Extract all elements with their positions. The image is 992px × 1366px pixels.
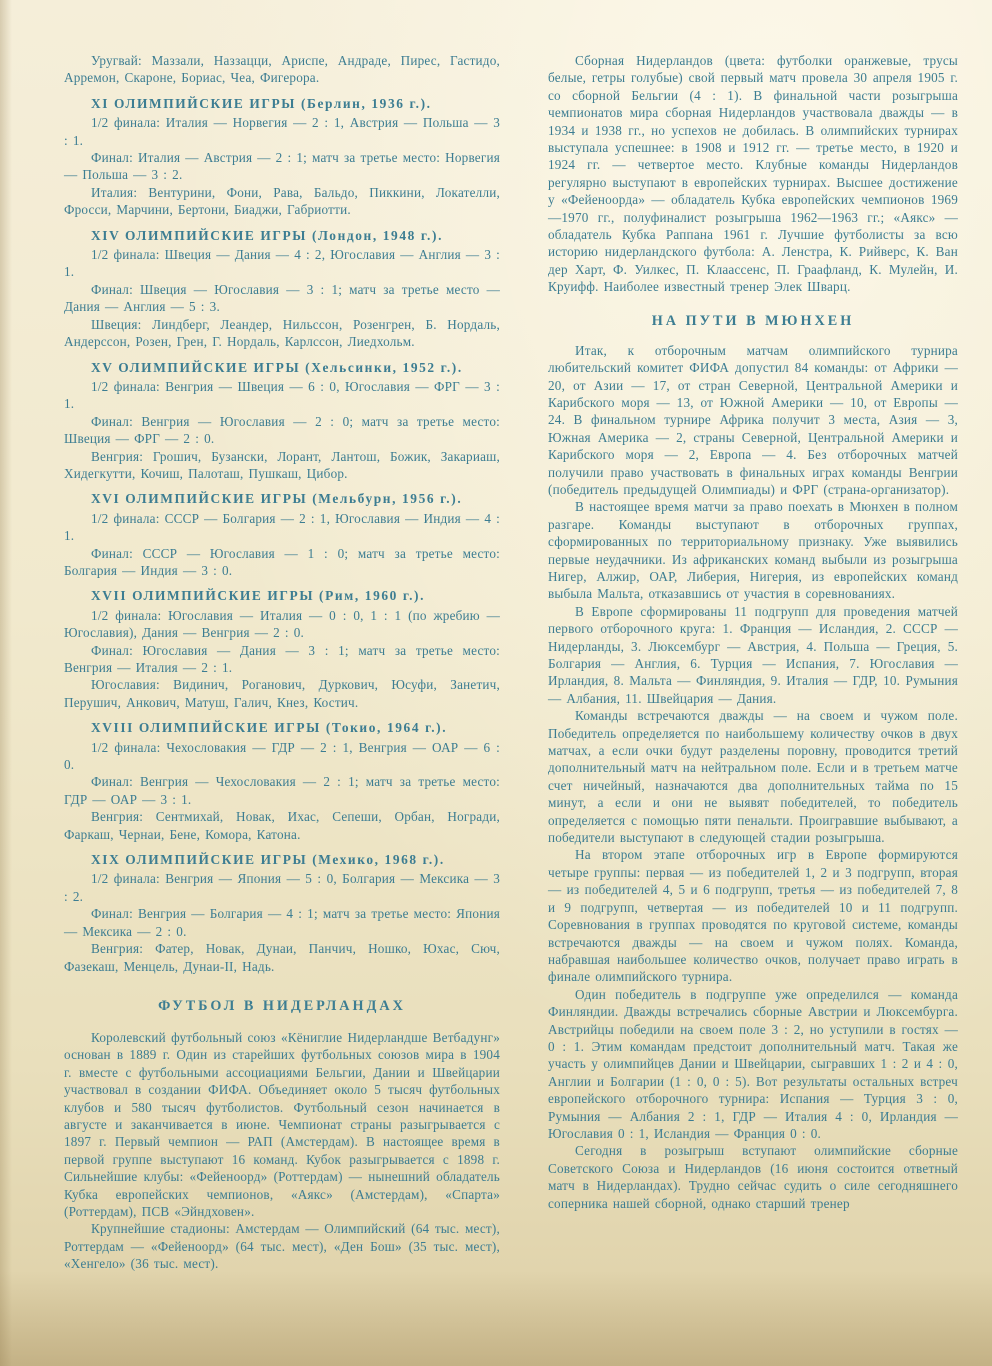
olympiad-semifinals: 1/2 финала: Венгрия — Швеция — 6 : 0, Юг… bbox=[64, 378, 500, 413]
olympiad-semifinals: 1/2 финала: Югославия — Италия — 0 : 0, … bbox=[64, 607, 500, 642]
olympiad-semifinals: 1/2 финала: Швеция — Дания — 4 : 2, Югос… bbox=[64, 246, 500, 281]
olympiad-final: Финал: Италия — Австрия — 2 : 1; матч за… bbox=[64, 149, 500, 184]
olympiad-winner-roster: Венгрия: Грошич, Бузански, Лорант, Ланто… bbox=[64, 448, 500, 483]
right-column: Сборная Нидерландов (цвета: футболки ора… bbox=[548, 52, 958, 1366]
netherlands-team-paragraph: Сборная Нидерландов (цвета: футболки ора… bbox=[548, 52, 958, 296]
olympiad-heading-1964: XVIII ОЛИМПИЙСКИЕ ИГРЫ (Токио, 1964 г.). bbox=[64, 719, 500, 736]
olympiad-semifinals: 1/2 финала: СССР — Болгария — 2 : 1, Юго… bbox=[64, 510, 500, 545]
olympiad-semifinals: 1/2 финала: Италия — Норвегия — 2 : 1, А… bbox=[64, 114, 500, 149]
olympiad-semifinals: 1/2 финала: Венгрия — Япония — 5 : 0, Бо… bbox=[64, 870, 500, 905]
olympiad-final: Финал: Югославия — Дания — 3 : 1; матч з… bbox=[64, 642, 500, 677]
olympiad-final: Финал: Венгрия — Болгария — 4 : 1; матч … bbox=[64, 905, 500, 940]
road-to-munich-heading: НА ПУТИ В МЮНХЕН bbox=[548, 312, 958, 330]
olympiad-heading-1936: XI ОЛИМПИЙСКИЕ ИГРЫ (Берлин, 1936 г.). bbox=[64, 95, 500, 112]
olympiad-winner-roster: Венгрия: Фатер, Новак, Дунаи, Панчич, Но… bbox=[64, 940, 500, 975]
munich-qualification-paragraph: Итак, к отборочным матчам олимпийского т… bbox=[548, 342, 958, 499]
olympiad-semifinals: 1/2 финала: Чехословакия — ГДР — 2 : 1, … bbox=[64, 739, 500, 774]
left-column: Уругвай: Маззали, Наззацци, Ариспе, Андр… bbox=[64, 52, 500, 1366]
olympiad-winner-roster: Италия: Вентурини, Фони, Рава, Бальдо, П… bbox=[64, 184, 500, 219]
munich-rules-paragraph: Команды встречаются дважды — на своем и … bbox=[548, 707, 958, 846]
olympiad-final: Финал: Венгрия — Чехословакия — 2 : 1; м… bbox=[64, 773, 500, 808]
olympiad-final: Финал: Швеция — Югославия — 3 : 1; матч … bbox=[64, 281, 500, 316]
netherlands-football-heading: ФУТБОЛ В НИДЕРЛАНДАХ bbox=[64, 997, 500, 1015]
olympiad-heading-1968: XIX ОЛИМПИЙСКИЕ ИГРЫ (Мехико, 1968 г.). bbox=[64, 851, 500, 868]
olympiad-final: Финал: СССР — Югославия — 1 : 0; матч за… bbox=[64, 545, 500, 580]
olympiad-winner-roster: Югославия: Видинич, Роганович, Дуркович,… bbox=[64, 676, 500, 711]
olympiad-heading-1952: XV ОЛИМПИЙСКИЕ ИГРЫ (Хельсинки, 1952 г.)… bbox=[64, 359, 500, 376]
munich-groups-progress-paragraph: В настоящее время матчи за право поехать… bbox=[548, 498, 958, 602]
olympiad-winner-roster: Швеция: Линдберг, Леандер, Нильссон, Роз… bbox=[64, 316, 500, 351]
netherlands-stadiums-paragraph: Крупнейшие стадионы: Амстердам — Олимпий… bbox=[64, 1220, 500, 1272]
olympiad-heading-1948: XIV ОЛИМПИЙСКИЕ ИГРЫ (Лондон, 1948 г.). bbox=[64, 227, 500, 244]
scanned-booklet-page: Уругвай: Маззали, Наззацци, Ариспе, Андр… bbox=[0, 0, 992, 1366]
uruguay-roster-paragraph: Уругвай: Маззали, Наззацци, Ариспе, Андр… bbox=[64, 52, 500, 87]
munich-results-paragraph: Один победитель в подгруппе уже определи… bbox=[548, 986, 958, 1143]
olympiad-heading-1956: XVI ОЛИМПИЙСКИЕ ИГРЫ (Мельбурн, 1956 г.)… bbox=[64, 490, 500, 507]
olympiad-heading-1960: XVII ОЛИМПИЙСКИЕ ИГРЫ (Рим, 1960 г.). bbox=[64, 587, 500, 604]
netherlands-union-paragraph: Королевский футбольный союз «Кёниглие Ни… bbox=[64, 1029, 500, 1220]
olympiad-winner-roster: Венгрия: Сентмихай, Новак, Ихас, Сепеши,… bbox=[64, 808, 500, 843]
munich-today-paragraph: Сегодня в розыгрыш вступают олимпийские … bbox=[548, 1142, 958, 1212]
olympiad-final: Финал: Венгрия — Югославия — 2 : 0; матч… bbox=[64, 413, 500, 448]
munich-subgroups-paragraph: В Европе сформированы 11 подгрупп для пр… bbox=[548, 603, 958, 707]
munich-second-stage-paragraph: На втором этапе отборочных игр в Европе … bbox=[548, 846, 958, 985]
